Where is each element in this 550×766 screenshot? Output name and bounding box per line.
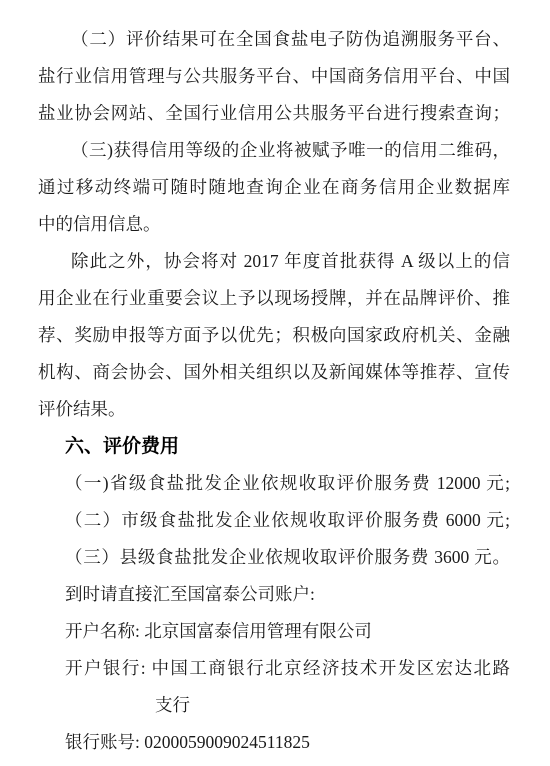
doc-line: （二）市级食盐批发企业依规收取评价服务费 6000 元; (38, 502, 510, 539)
doc-line: （二）评价结果可在全国食盐电子防伪追溯服务平台、 (38, 21, 510, 58)
clause-3-qr-code: （三)获得信用等级的企业将被赋予唯一的信用二维码，通过移动终端可随时随地查询企业… (38, 132, 510, 243)
doc-line: （三）县级食盐批发企业依规收取评价服务费 3600 元。 (38, 539, 510, 576)
doc-line: （一)省级食盐批发企业依规收取评价服务费 12000 元; (38, 465, 510, 502)
doc-line: 除此之外，协会将对 2017 年度首批获得 A 级以上的信 (38, 243, 510, 280)
doc-line: 中的信用信息。 (38, 206, 510, 243)
doc-line: 盐业协会网站、全国行业信用公共服务平台进行搜索查询； (38, 95, 510, 132)
section-heading: 六、评价费用 (38, 428, 510, 465)
doc-line: 荐、奖励申报等方面予以优先；积极向国家政府机关、金融 (38, 317, 510, 354)
doc-line: 支行 (38, 687, 510, 724)
doc-line: 用企业在行业重要会议上予以现场授牌，并在品牌评价、推 (38, 280, 510, 317)
section-6-fees-heading: 六、评价费用 (38, 428, 510, 465)
doc-line: 通过移动终端可随时随地查询企业在商务信用企业数据库 (38, 169, 510, 206)
account-bank: 开户银行: 中国工商银行北京经济技术开发区宏达北路支行 (38, 650, 510, 724)
remittance-note: 到时请直接汇至国富泰公司账户: (38, 576, 510, 613)
doc-line: 开户银行: 中国工商银行北京经济技术开发区宏达北路 (38, 650, 510, 687)
doc-line: 到时请直接汇至国富泰公司账户: (38, 576, 510, 613)
account-name: 开户名称: 北京国富泰信用管理有限公司 (38, 613, 510, 650)
account-number: 银行账号: 0200059009024511825 (38, 724, 510, 761)
fee-municipal: （二）市级食盐批发企业依规收取评价服务费 6000 元; (38, 502, 510, 539)
document-body: （二）评价结果可在全国食盐电子防伪追溯服务平台、盐行业信用管理与公共服务平台、中… (38, 21, 510, 761)
clause-2-search-platforms: （二）评价结果可在全国食盐电子防伪追溯服务平台、盐行业信用管理与公共服务平台、中… (38, 21, 510, 132)
doc-line: 银行账号: 0200059009024511825 (38, 724, 510, 761)
document-page: （二）评价结果可在全国食盐电子防伪追溯服务平台、盐行业信用管理与公共服务平台、中… (0, 0, 550, 766)
doc-line: （三)获得信用等级的企业将被赋予唯一的信用二维码， (38, 132, 510, 169)
doc-line: 开户名称: 北京国富泰信用管理有限公司 (38, 613, 510, 650)
additional-incentives: 除此之外，协会将对 2017 年度首批获得 A 级以上的信用企业在行业重要会议上… (38, 243, 510, 428)
fee-provincial: （一)省级食盐批发企业依规收取评价服务费 12000 元; (38, 465, 510, 502)
doc-line: 机构、商会协会、国外相关组织以及新闻媒体等推荐、宣传 (38, 354, 510, 391)
fee-county: （三）县级食盐批发企业依规收取评价服务费 3600 元。 (38, 539, 510, 576)
doc-line: 评价结果。 (38, 391, 510, 428)
doc-line: 盐行业信用管理与公共服务平台、中国商务信用平台、中国 (38, 58, 510, 95)
